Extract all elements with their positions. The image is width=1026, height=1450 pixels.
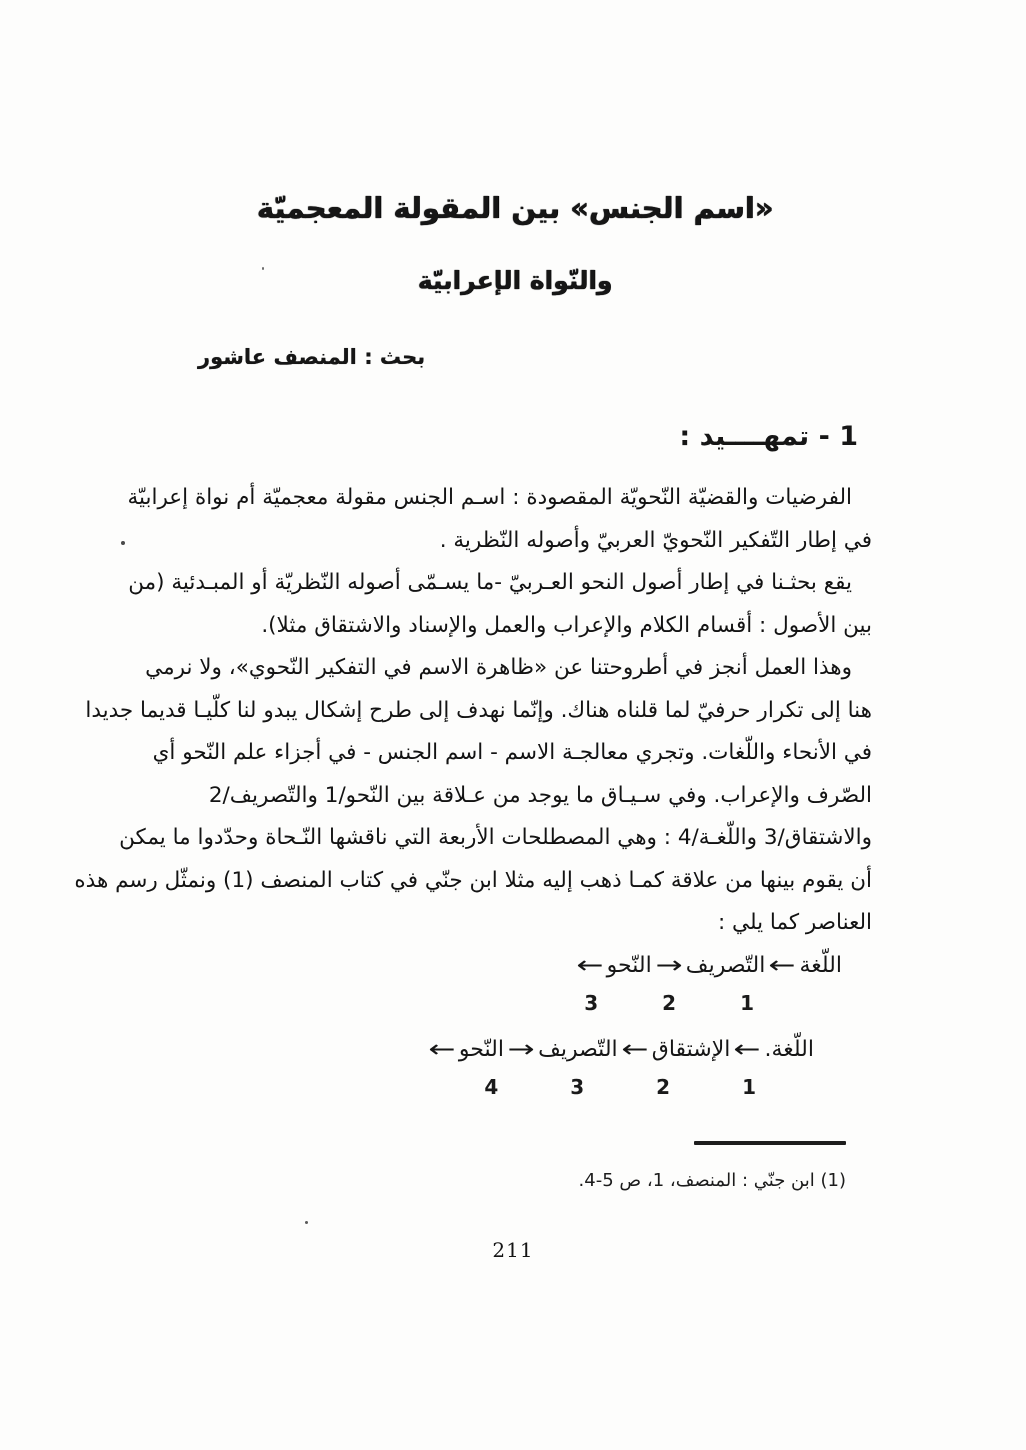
byline: بحث : المنصف عاشور [198, 345, 618, 369]
body-line: العناصر كما يلي : [158, 902, 872, 945]
diagram-term: الإشتقاق [652, 1037, 731, 1062]
left-arrow-icon: ← [576, 951, 603, 979]
right-arrow-icon: → [507, 1035, 534, 1063]
body-line: والاشتقاق/3 واللّغـة/4 : وهي المصطلحات ا… [158, 817, 872, 860]
body-text: الفرضيات والقضيّة النّحويّة المقصودة : ا… [158, 477, 872, 945]
diagram-term: التّصريف [538, 1037, 618, 1062]
diagram-number: 1 [740, 991, 754, 1015]
body-line: الصّرف والإعراب. وفي سـيـاق ما يوجد من ع… [158, 775, 872, 818]
diagram-number: 3 [570, 1075, 584, 1099]
scan-speck [121, 541, 125, 545]
body-line: بين الأصول : أقسام الكلام والإعراب والعم… [158, 605, 872, 648]
scanned-document-page: «اسم الجنس» بين المقولة المعجميّة والنّو… [0, 0, 1026, 1450]
diagram-row-2: ← النّحو → التّصريف ← الإشتقاق ← اللّغة. [158, 1028, 872, 1070]
body-line: أن يقوم بينها من علاقة كمـا ذهب إليه مثل… [158, 860, 872, 903]
left-arrow-icon: ← [769, 951, 796, 979]
left-arrow-icon: ← [428, 1035, 455, 1063]
diagram-number: 1 [742, 1075, 756, 1099]
diagram-number: 2 [662, 991, 676, 1015]
diagram-term: النّحو [607, 953, 652, 978]
diagram-number: 2 [656, 1075, 670, 1099]
page-number: 211 [0, 1238, 1026, 1262]
diagram-term: النّحو [459, 1037, 504, 1062]
footnote-rule [694, 1141, 846, 1145]
scan-speck [262, 267, 264, 270]
diagram-term: التّصريف [686, 953, 766, 978]
diagram-term: اللّغة. [765, 1037, 815, 1062]
page-title-line-1: «اسم الجنس» بين المقولة المعجميّة [158, 191, 872, 225]
body-line: يقع بحثـنا في إطار أصول النحو العـربيّ -… [158, 562, 872, 605]
body-line: الفرضيات والقضيّة النّحويّة المقصودة : ا… [158, 477, 872, 520]
scan-speck [305, 1221, 308, 1224]
diagram-number: 4 [484, 1075, 498, 1099]
page-title-line-2: والنّواة الإعرابيّة [158, 266, 872, 295]
left-arrow-icon: ← [734, 1035, 761, 1063]
body-line: هنا إلى تكرار حرفيّ لما قلناه هناك. وإنّ… [158, 690, 872, 733]
diagram-numbers-row-1: 3 2 1 [158, 984, 872, 1022]
right-arrow-icon: → [655, 951, 682, 979]
body-line: في إطار التّفكير النّحويّ العربيّ وأصوله… [158, 520, 872, 563]
diagram-numbers-row-2: 4 3 2 1 [158, 1068, 872, 1106]
diagram-term: اللّغة [799, 953, 842, 978]
section-heading: 1 - تمهــــيد : [158, 421, 872, 452]
footnote-text: (1) ابن جنّي : المنصف، 1، ص 5-4. [158, 1160, 872, 1202]
body-line: وهذا العمل أنجز في أطروحتنا عن «ظاهرة ال… [158, 647, 872, 690]
diagram-number: 3 [584, 991, 598, 1015]
body-line: في الأنحاء واللّغات. وتجري معالجـة الاسم… [158, 732, 872, 775]
left-arrow-icon: ← [621, 1035, 648, 1063]
diagram-row-1: ← النّحو → التّصريف ← اللّغة [158, 944, 872, 986]
